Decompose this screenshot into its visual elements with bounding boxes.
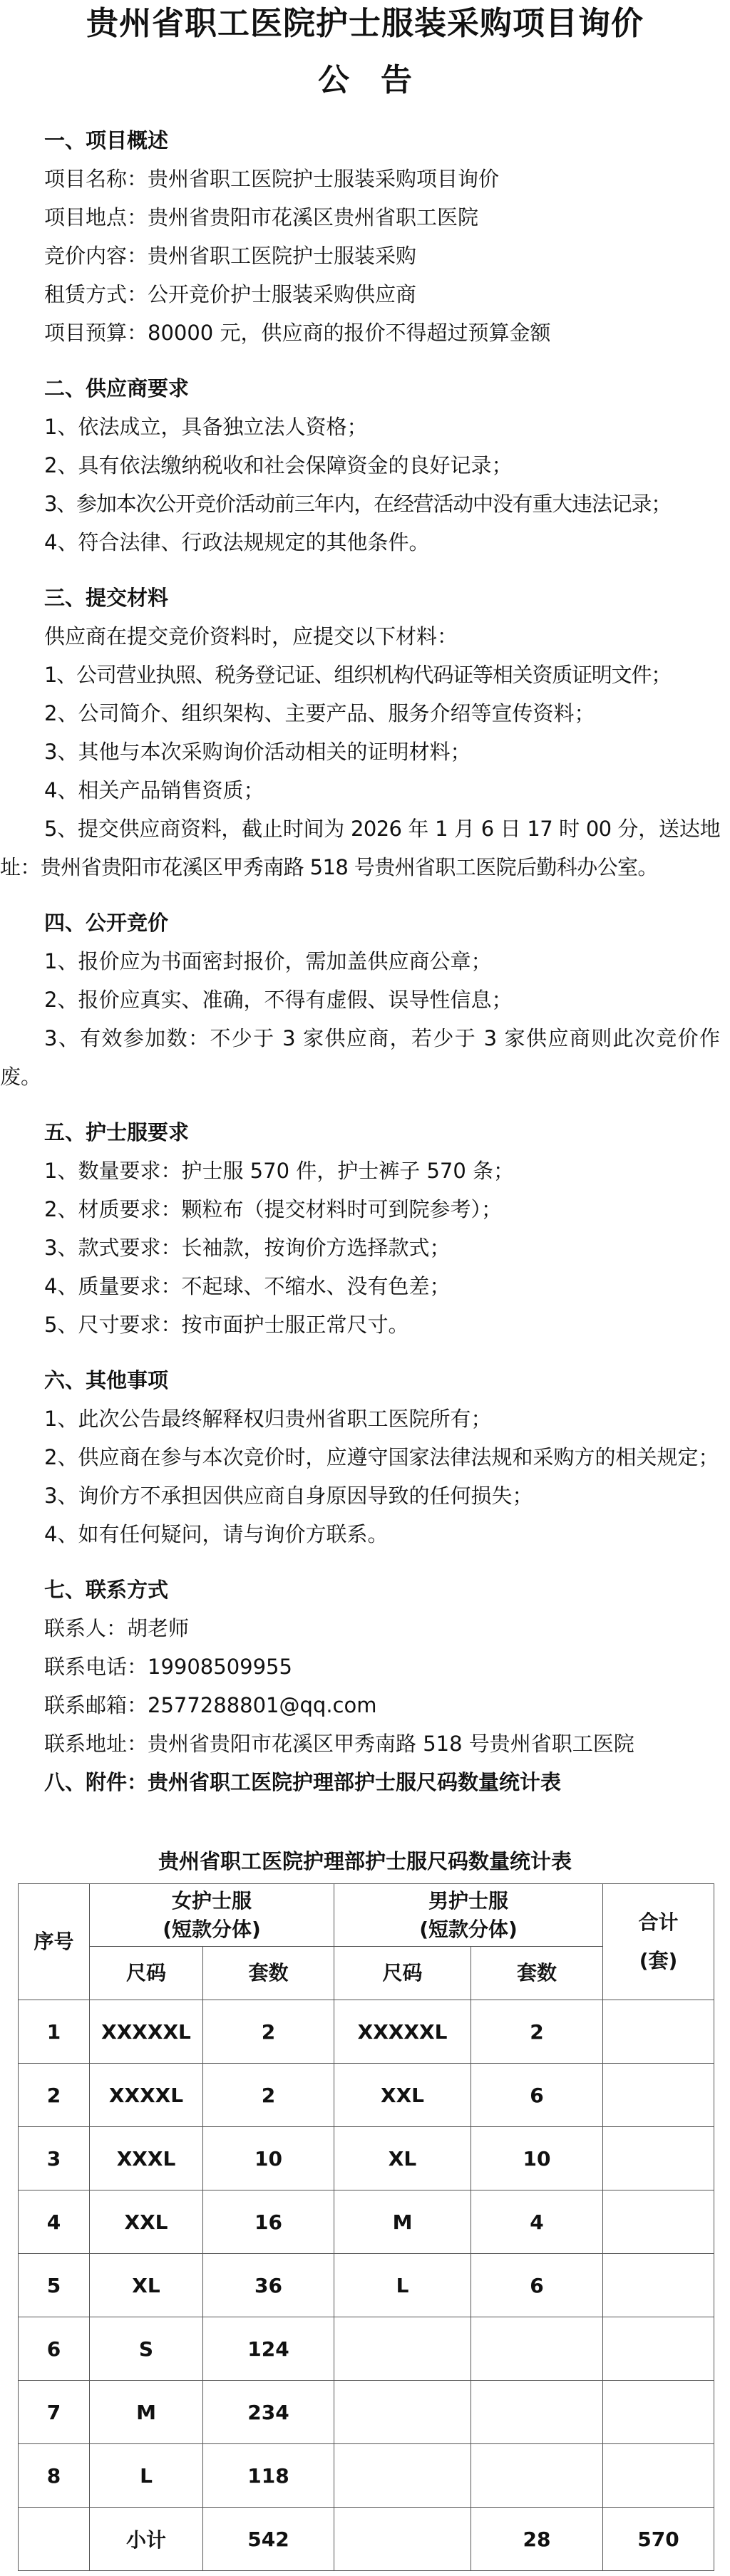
cell-male-size: XXL	[334, 2064, 471, 2127]
table-row: 5 XL 36 L 6	[19, 2254, 714, 2317]
cell-male-size: XL	[334, 2127, 471, 2190]
cell-index: 3	[19, 2127, 90, 2190]
list-item: 2、报价应真实、准确，不得有虚假、误导性信息；	[0, 981, 720, 1019]
header-male-uniform: 男护士服 (短款分体)	[334, 1884, 603, 1947]
cell-female-sets: 36	[203, 2254, 334, 2317]
header-female-size: 尺码	[90, 1947, 203, 2000]
contact-phone: 联系电话：19908509955	[0, 1647, 720, 1686]
section-heading: 五、护士服要求	[0, 1113, 720, 1152]
header-male-line2: (短款分体)	[334, 1915, 602, 1944]
cell-female-size: S	[90, 2317, 203, 2381]
cell-male-size	[334, 2508, 471, 2571]
cell-total	[603, 2190, 714, 2254]
cell-female-sets: 234	[203, 2381, 334, 2444]
cell-female-size: XXL	[90, 2190, 203, 2254]
section-supplier-requirements: 二、供应商要求 1、依法成立，具备独立法人资格； 2、具有依法缴纳税收和社会保障…	[0, 369, 720, 562]
list-item: 项目名称：贵州省职工医院护士服装采购项目询价	[0, 160, 720, 198]
table-header-row: 序号 女护士服 (短款分体) 男护士服 (短款分体) 合计 (套)	[19, 1884, 714, 1947]
cell-female-sets: 2	[203, 2064, 334, 2127]
cell-female-size: XXXXXL	[90, 2000, 203, 2064]
list-item: 1、依法成立，具备独立法人资格；	[0, 408, 720, 446]
table-row: 3 XXXL 10 XL 10	[19, 2127, 714, 2190]
list-item-deadline: 5、提交供应商资料，截止时间为 2026 年 1 月 6 日 17 时 00 分…	[0, 809, 720, 886]
cell-male-sets: 6	[471, 2064, 603, 2127]
cell-female-size: L	[90, 2444, 203, 2508]
table-row: 4 XXL 16 M 4	[19, 2190, 714, 2254]
cell-female-sets: 2	[203, 2000, 334, 2064]
cell-male-size: L	[334, 2254, 471, 2317]
list-item: 4、符合法律、行政法规规定的其他条件。	[0, 523, 720, 562]
cell-female-size: XXXL	[90, 2127, 203, 2190]
cell-male-size	[334, 2381, 471, 2444]
section-uniform-requirements: 五、护士服要求 1、数量要求：护士服 570 件，护士裤子 570 条； 2、材…	[0, 1113, 720, 1344]
document-title: 贵州省职工医院护士服装采购项目询价	[0, 4, 730, 43]
list-item: 1、此次公告最终解释权归贵州省职工医院所有；	[0, 1400, 720, 1438]
attachment-heading: 八、附件：贵州省职工医院护理部护士服尺码数量统计表	[0, 1763, 720, 1801]
cell-male-sets-subtotal: 28	[471, 2508, 603, 2571]
cell-total	[603, 2317, 714, 2381]
cell-total	[603, 2064, 714, 2127]
section-heading: 三、提交材料	[0, 579, 720, 617]
table-row: 6 S 124	[19, 2317, 714, 2381]
cell-male-size	[334, 2317, 471, 2381]
contact-email: 联系邮箱：2577288801@qq.com	[0, 1686, 720, 1724]
cell-total	[603, 2000, 714, 2064]
cell-female-sets: 118	[203, 2444, 334, 2508]
section-heading: 七、联系方式	[0, 1571, 720, 1609]
table-row: 8 L 118	[19, 2444, 714, 2508]
list-item: 1、公司营业执照、税务登记证、组织机构代码证等相关资质证明文件；	[0, 656, 720, 694]
list-item: 4、质量要求：不起球、不缩水、没有色差；	[0, 1267, 720, 1305]
list-item: 3、询价方不承担因供应商自身原因导致的任何损失；	[0, 1476, 720, 1515]
cell-female-sets-subtotal: 542	[203, 2508, 334, 2571]
list-item: 1、报价应为书面密封报价，需加盖供应商公章；	[0, 942, 720, 981]
header-total-line2: (套)	[603, 1947, 714, 1975]
list-item: 2、具有依法缴纳税收和社会保障资金的良好记录；	[0, 446, 720, 485]
header-male-sets: 套数	[471, 1947, 603, 2000]
cell-female-sets: 124	[203, 2317, 334, 2381]
table-title: 贵州省职工医院护理部护士服尺码数量统计表	[0, 1843, 730, 1879]
table-row: 7 M 234	[19, 2381, 714, 2444]
list-item: 2、材质要求：颗粒布（提交材料时可到院参考）；	[0, 1190, 720, 1228]
document-body: 一、项目概述 项目名称：贵州省职工医院护士服装采购项目询价 项目地点：贵州省贵阳…	[0, 121, 720, 1801]
section-open-bidding: 四、公开竞价 1、报价应为书面密封报价，需加盖供应商公章； 2、报价应真实、准确…	[0, 904, 720, 1096]
list-item: 3、款式要求：长袖款，按询价方选择款式；	[0, 1228, 720, 1267]
header-male-line1: 男护士服	[334, 1887, 602, 1915]
table-row: 1 XXXXXL 2 XXXXXL 2	[19, 2000, 714, 2064]
cell-female-size: XL	[90, 2254, 203, 2317]
cell-male-sets: 10	[471, 2127, 603, 2190]
cell-total	[603, 2381, 714, 2444]
cell-female-size: XXXXL	[90, 2064, 203, 2127]
cell-total	[603, 2444, 714, 2508]
cell-male-sets	[471, 2317, 603, 2381]
section-heading: 一、项目概述	[0, 121, 720, 160]
table-subtotal-row: 小计 542 28 570	[19, 2508, 714, 2571]
table-row: 2 XXXXL 2 XXL 6	[19, 2064, 714, 2127]
cell-female-size: M	[90, 2381, 203, 2444]
cell-index: 7	[19, 2381, 90, 2444]
list-item: 3、有效参加数：不少于 3 家供应商，若少于 3 家供应商则此次竞价作废。	[0, 1019, 720, 1096]
document-subtitle: 公 告	[0, 61, 730, 100]
cell-index	[19, 2508, 90, 2571]
header-total: 合计 (套)	[603, 1884, 714, 2000]
header-female-uniform: 女护士服 (短款分体)	[90, 1884, 334, 1947]
cell-subtotal-label: 小计	[90, 2508, 203, 2571]
cell-index: 2	[19, 2064, 90, 2127]
cell-female-sets: 10	[203, 2127, 334, 2190]
section-submission-materials: 三、提交材料 供应商在提交竞价资料时，应提交以下材料： 1、公司营业执照、税务登…	[0, 579, 720, 886]
list-item: 5、尺寸要求：按市面护士服正常尺寸。	[0, 1305, 720, 1344]
section-heading: 二、供应商要求	[0, 369, 720, 408]
cell-male-size: M	[334, 2190, 471, 2254]
list-item: 供应商在提交竞价资料时，应提交以下材料：	[0, 617, 720, 656]
cell-male-sets	[471, 2444, 603, 2508]
list-item: 2、公司简介、组织架构、主要产品、服务介绍等宣传资料；	[0, 694, 720, 733]
cell-male-sets	[471, 2381, 603, 2444]
section-heading: 四、公开竞价	[0, 904, 720, 942]
cell-total	[603, 2254, 714, 2317]
cell-index: 5	[19, 2254, 90, 2317]
cell-index: 1	[19, 2000, 90, 2064]
header-female-line2: (短款分体)	[90, 1915, 334, 1944]
cell-index: 8	[19, 2444, 90, 2508]
list-item: 竞价内容：贵州省职工医院护士服装采购	[0, 237, 720, 275]
cell-grand-total: 570	[603, 2508, 714, 2571]
cell-male-sets: 2	[471, 2000, 603, 2064]
cell-male-sets: 4	[471, 2190, 603, 2254]
list-item: 项目预算：80000 元，供应商的报价不得超过预算金额	[0, 314, 720, 352]
list-item: 项目地点：贵州省贵阳市花溪区贵州省职工医院	[0, 198, 720, 237]
list-item: 2、供应商在参与本次竞价时，应遵守国家法律法规和采购方的相关规定；	[0, 1438, 720, 1476]
header-index: 序号	[19, 1884, 90, 2000]
contact-person: 联系人：胡老师	[0, 1609, 720, 1647]
header-female-line1: 女护士服	[90, 1887, 334, 1915]
section-other-matters: 六、其他事项 1、此次公告最终解释权归贵州省职工医院所有； 2、供应商在参与本次…	[0, 1361, 720, 1553]
cell-total	[603, 2127, 714, 2190]
list-item: 3、参加本次公开竞价活动前三年内，在经营活动中没有重大违法记录；	[0, 485, 720, 523]
cell-index: 6	[19, 2317, 90, 2381]
section-heading: 六、其他事项	[0, 1361, 720, 1400]
list-item: 4、相关产品销售资质；	[0, 771, 720, 809]
list-item: 租赁方式：公开竞价护士服装采购供应商	[0, 275, 720, 314]
cell-male-sets: 6	[471, 2254, 603, 2317]
cell-female-sets: 16	[203, 2190, 334, 2254]
header-total-line1: 合计	[603, 1908, 714, 1937]
section-contact: 七、联系方式 联系人：胡老师 联系电话：19908509955 联系邮箱：257…	[0, 1571, 720, 1763]
header-male-size: 尺码	[334, 1947, 471, 2000]
list-item: 3、其他与本次采购询价活动相关的证明材料；	[0, 733, 720, 771]
list-item: 4、如有任何疑问，请与询价方联系。	[0, 1515, 720, 1553]
list-item: 1、数量要求：护士服 570 件，护士裤子 570 条；	[0, 1152, 720, 1190]
contact-address: 联系地址：贵州省贵阳市花溪区甲秀南路 518 号贵州省职工医院	[0, 1724, 720, 1763]
cell-index: 4	[19, 2190, 90, 2254]
section-project-overview: 一、项目概述 项目名称：贵州省职工医院护士服装采购项目询价 项目地点：贵州省贵阳…	[0, 121, 720, 352]
size-statistics-table: 序号 女护士服 (短款分体) 男护士服 (短款分体) 合计 (套) 尺码 套数 …	[18, 1883, 714, 2571]
cell-male-size: XXXXXL	[334, 2000, 471, 2064]
cell-male-size	[334, 2444, 471, 2508]
header-female-sets: 套数	[203, 1947, 334, 2000]
